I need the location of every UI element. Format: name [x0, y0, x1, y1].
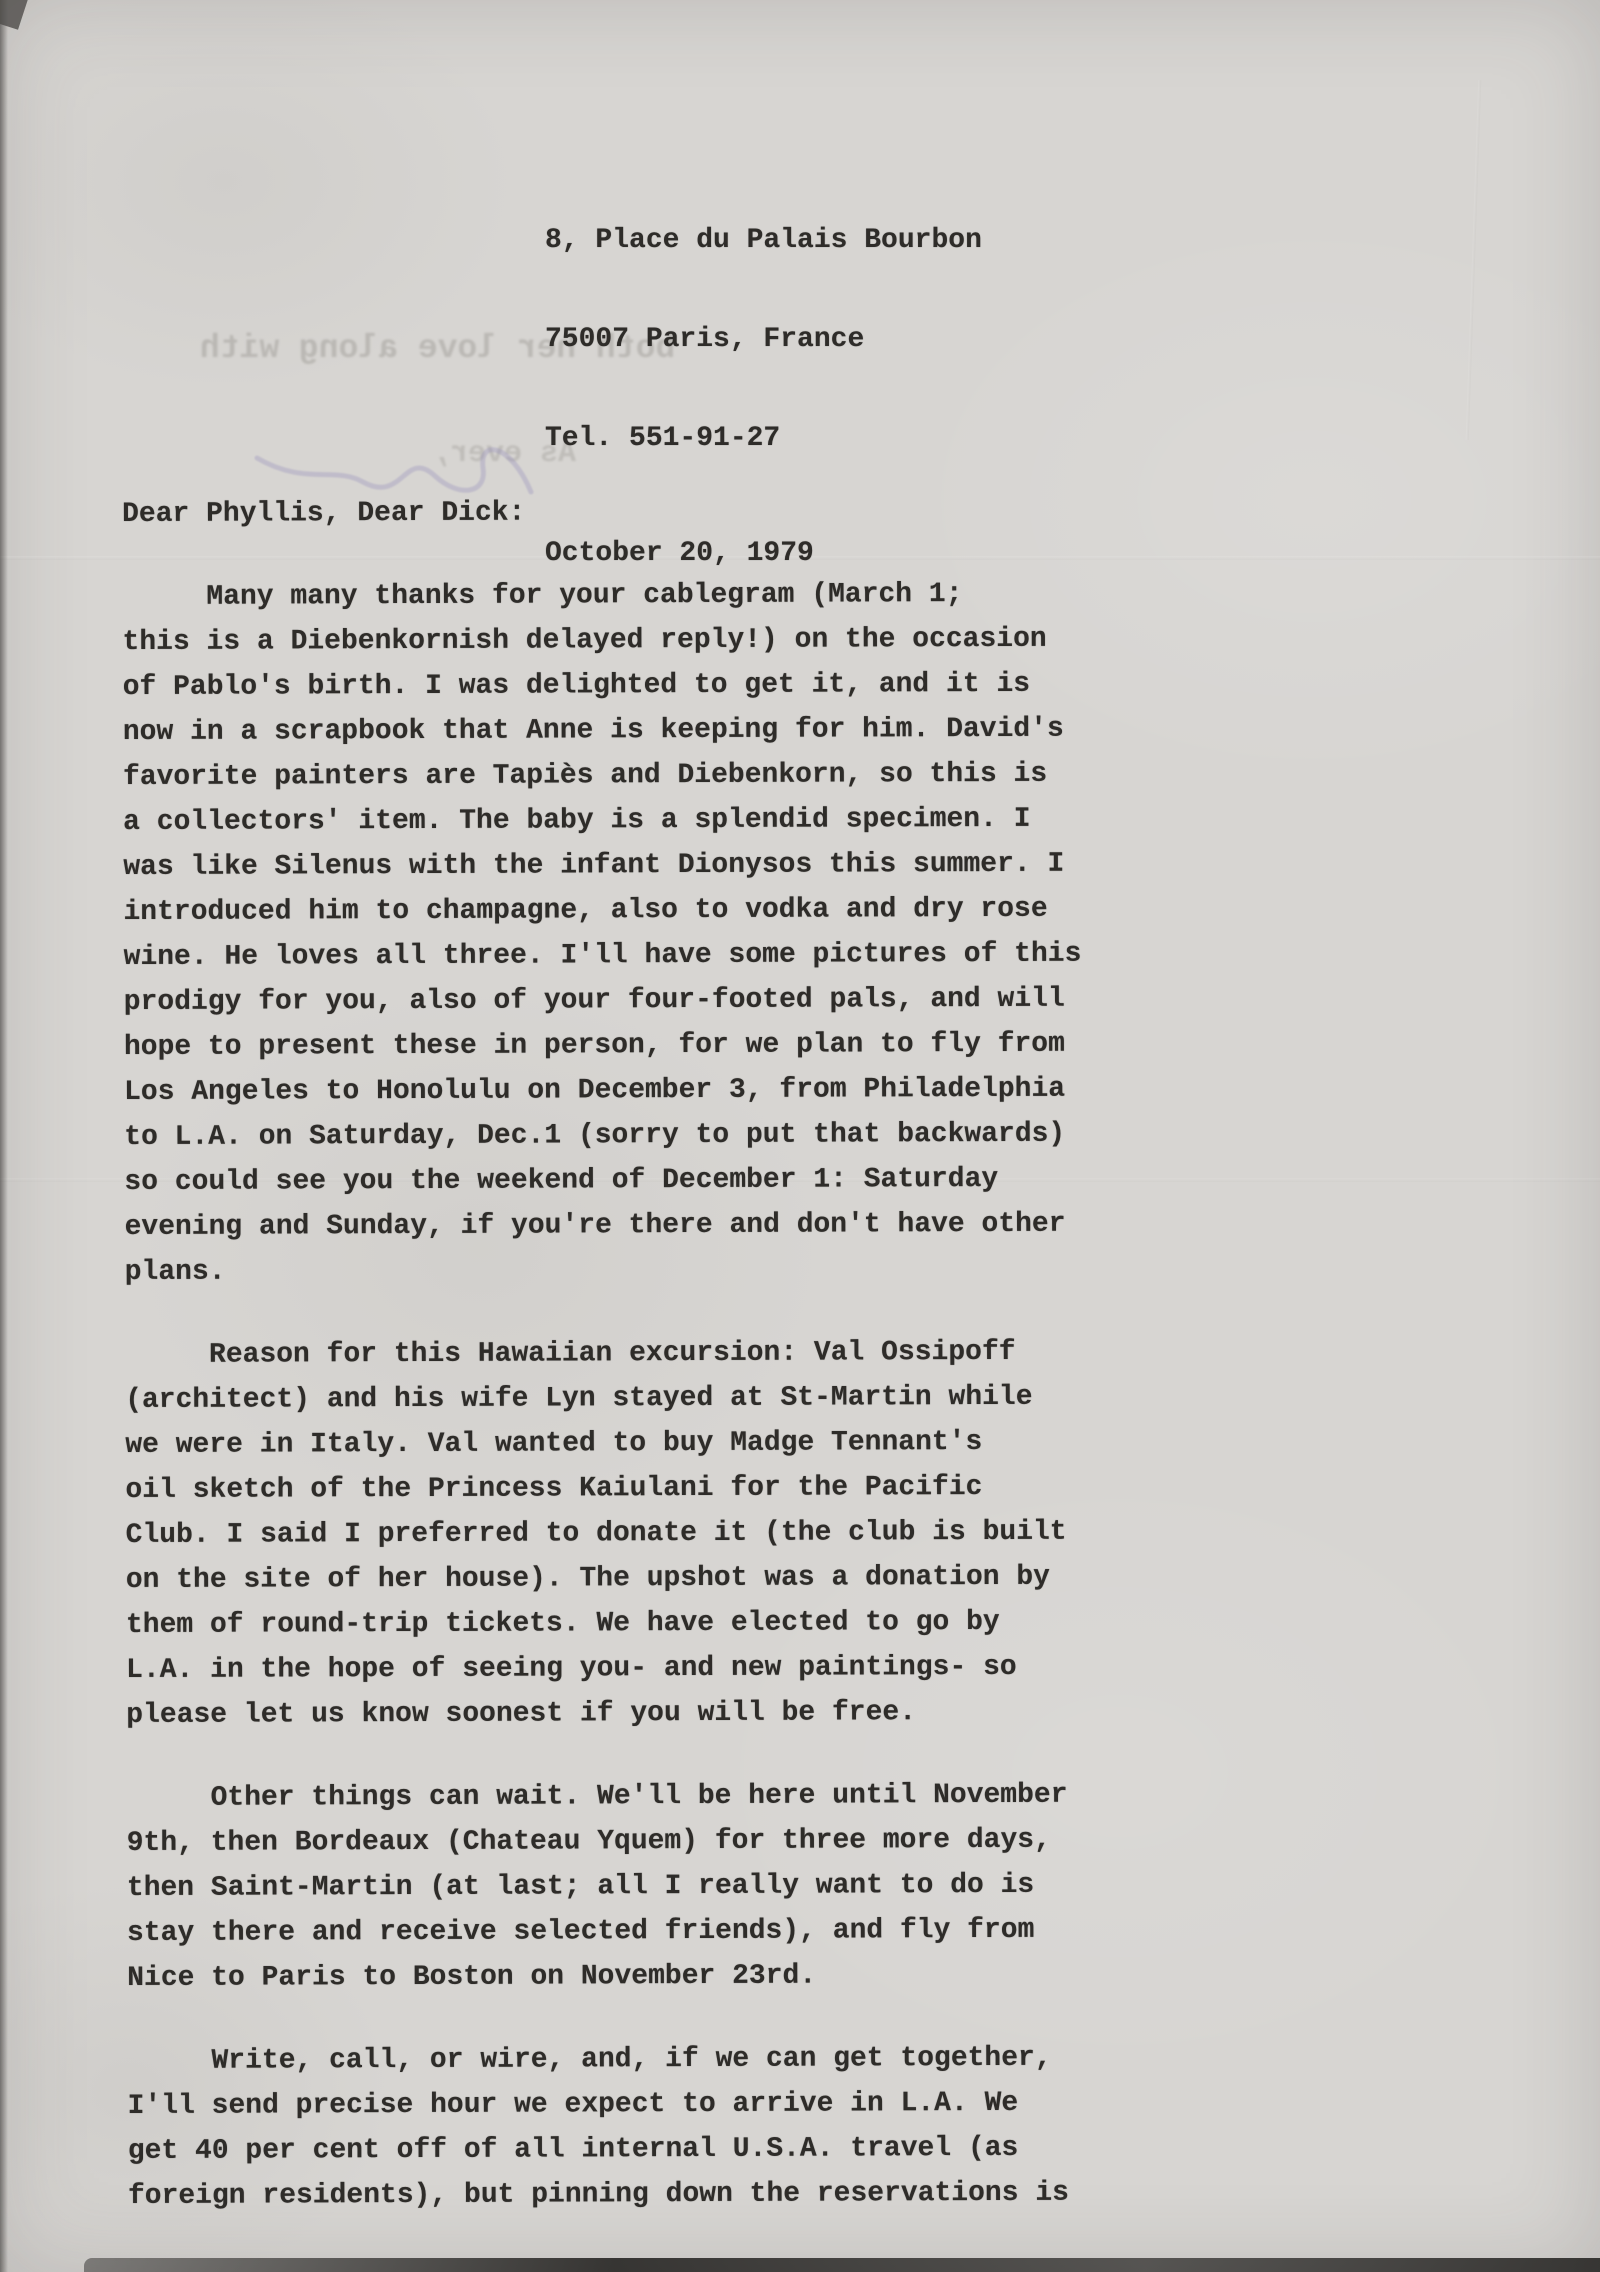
address-line-phone: Tel. 551-91-27 — [545, 422, 982, 455]
letter-page: both her love along with As ever, 8, Pla… — [0, 0, 1600, 2272]
salutation: Dear Phyllis, Dear Dick: — [122, 489, 1112, 537]
scan-edge-bottom — [84, 2258, 1600, 2272]
address-line-city: 75007 Paris, France — [545, 323, 982, 356]
letter-body: Dear Phyllis, Dear Dick: Many many thank… — [122, 489, 1118, 2219]
scan-edge-left — [0, 0, 8, 2272]
paragraph-2: Reason for this Hawaiian excursion: Val … — [125, 1330, 1116, 1738]
paragraph-1: Many many thanks for your cablegram (Mar… — [122, 572, 1115, 1295]
address-line-street: 8, Place du Palais Bourbon — [545, 224, 982, 257]
paragraph-3: Other things can wait. We'll be here unt… — [126, 1773, 1117, 2001]
paper-crease-vertical — [1466, 80, 1482, 440]
scan-corner-mark — [0, 0, 29, 30]
paragraph-4: Write, call, or wire, and, if we can get… — [127, 2036, 1118, 2219]
signature-stroke — [257, 450, 531, 492]
